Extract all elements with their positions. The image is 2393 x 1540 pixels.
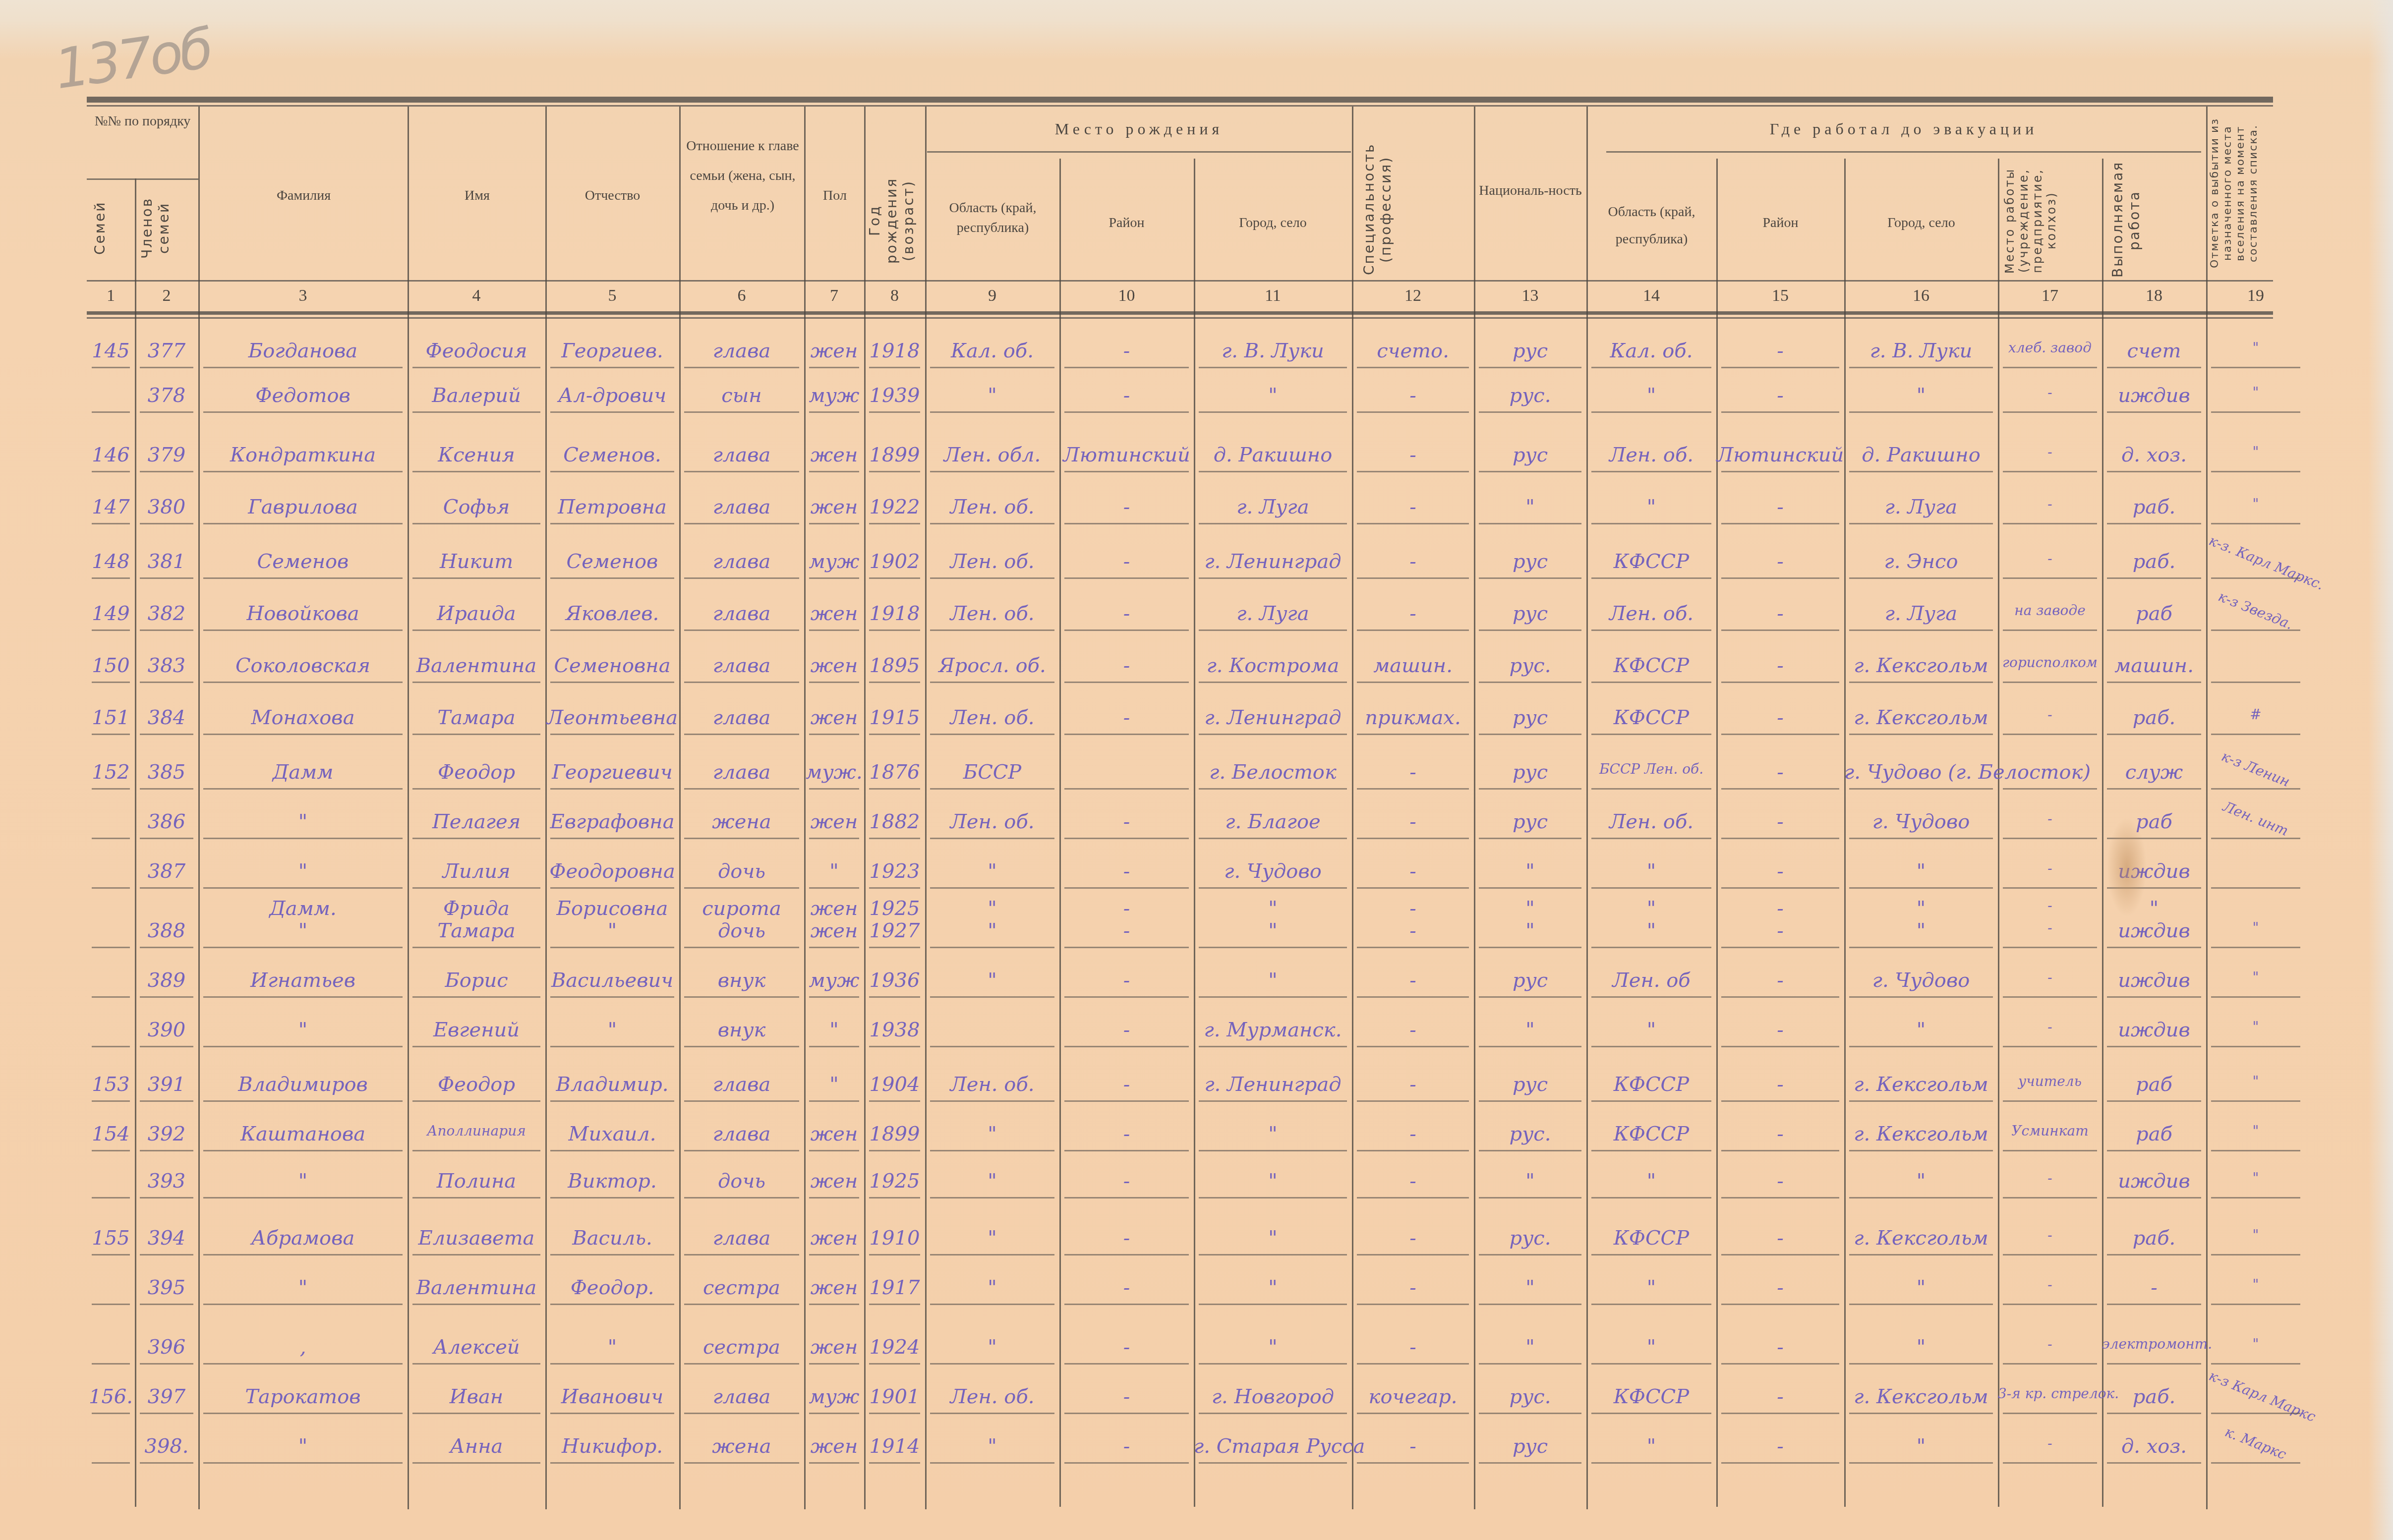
entry-underline <box>1357 629 1469 631</box>
column-number: 15 <box>1716 286 1844 305</box>
cell-b-city: г. Благое <box>1194 810 1352 833</box>
entry-underline <box>2003 367 2097 368</box>
column-number: 10 <box>1059 286 1194 305</box>
cell-surname: Кондраткина <box>198 444 408 466</box>
cell-patronymic: Семенов. <box>545 444 679 466</box>
cell-b-region: Лен. об. <box>925 810 1059 833</box>
entry-underline <box>412 788 540 790</box>
cell-b-city: г. Луга <box>1194 602 1352 625</box>
entry-underline <box>92 1413 130 1414</box>
entry-underline <box>1721 629 1839 631</box>
entry-underline <box>412 996 540 998</box>
entry-underline <box>2211 471 2300 472</box>
cell-profession: - <box>1352 496 1474 518</box>
entry-underline <box>869 1413 920 1414</box>
entry-underline <box>203 947 403 948</box>
entry-underline <box>1064 1046 1189 1047</box>
entry-underline <box>2211 1462 2300 1464</box>
cell-b-region: Лен. обл. <box>925 444 1059 466</box>
entry-underline <box>684 1150 799 1151</box>
cell-member: 397 <box>135 1385 198 1408</box>
entry-underline <box>1479 1197 1581 1198</box>
cell-nationality: рус <box>1474 1435 1586 1458</box>
cell-surname: , <box>198 1336 408 1359</box>
entry-underline <box>92 1150 130 1151</box>
entry-underline <box>412 1304 540 1305</box>
entry-underline <box>869 1197 920 1198</box>
entry-underline <box>203 996 403 998</box>
entry-underline <box>412 523 540 524</box>
cell-b-city: " <box>1194 1227 1352 1250</box>
entry-underline <box>1849 629 1993 631</box>
entry-underline <box>684 734 799 735</box>
cell-surname: Тарокатов <box>198 1385 408 1408</box>
cell-w-district: - <box>1716 1073 1844 1096</box>
cell-member: 390 <box>135 1019 198 1041</box>
cell-member: 378 <box>135 384 198 407</box>
cell-year: 1895 <box>864 654 925 677</box>
entry-underline <box>2003 1413 2097 1414</box>
entry-underline <box>1591 996 1711 998</box>
cell-b-city: г. Чудово <box>1194 860 1352 883</box>
cell-name: Борис <box>408 969 545 992</box>
cell-surname: Гаврилова <box>198 496 408 518</box>
cell-patronymic: Владимир. <box>545 1073 679 1096</box>
cell-profession: - <box>1352 384 1474 407</box>
cell-workplace: - <box>1998 550 2102 567</box>
entry-underline <box>1849 788 1993 790</box>
entry-underline <box>140 1197 193 1198</box>
entry-underline <box>203 682 403 683</box>
cell-job: машин. <box>2102 654 2206 677</box>
cell-w-district: - <box>1716 969 1844 992</box>
cell-name: Феодосия <box>408 340 545 362</box>
entry-underline <box>203 734 403 735</box>
entry-underline <box>1479 1046 1581 1047</box>
cell-b-district: - <box>1059 602 1194 625</box>
cell-year: 1899 <box>864 1123 925 1145</box>
entry-underline <box>2211 682 2300 683</box>
cell-member: 383 <box>135 654 198 677</box>
cell-patronymic: Василь. <box>545 1227 679 1250</box>
header-col-1: Семей <box>92 183 131 273</box>
cell-w-region: КФССР <box>1586 1385 1716 1408</box>
cell-patronymic: Евграфовна <box>545 810 679 833</box>
cell-b-city: г. Ленинград <box>1194 706 1352 729</box>
cell-profession: - <box>1352 1227 1474 1250</box>
entry-underline <box>140 1413 193 1414</box>
cell-w-city: г. Луга <box>1844 496 1998 518</box>
entry-underline <box>930 682 1054 683</box>
cell-profession: прикмах. <box>1352 706 1474 729</box>
cell-family: 145 <box>87 340 135 362</box>
entry-underline <box>930 1413 1054 1414</box>
entry-underline <box>92 471 130 472</box>
cell-name: Феодор <box>408 1073 545 1096</box>
entry-underline <box>869 1254 920 1255</box>
cell-b-city: " <box>1194 384 1352 407</box>
entry-underline <box>92 1304 130 1305</box>
cell-w-region: Лен. об. <box>1586 602 1716 625</box>
cell-w-district: - <box>1716 340 1844 362</box>
column-number: 19 <box>2206 286 2305 305</box>
cell-workplace: - <box>1998 1435 2102 1451</box>
cell-year: 1915 <box>864 706 925 729</box>
cell-b-city: г. Кострома <box>1194 654 1352 677</box>
entry-underline <box>809 577 859 579</box>
entry-underline <box>809 411 859 413</box>
cell-note: к. Маркс <box>2207 1417 2305 1470</box>
entry-underline <box>1479 1363 1581 1365</box>
cell-name: Валентина <box>408 654 545 677</box>
entry-underline <box>930 1304 1054 1305</box>
header-col-16: Город, село <box>1846 213 1997 233</box>
entry-underline <box>550 682 674 683</box>
cell-b-region: " <box>925 1435 1059 1458</box>
cell-sex: " <box>804 1019 864 1041</box>
entry-underline <box>203 1462 403 1464</box>
cell-w-city: г. Чудово <box>1844 810 1998 833</box>
entry-underline <box>1357 734 1469 735</box>
entry-underline <box>92 1046 130 1047</box>
cell-workplace: на заводе <box>1998 602 2102 619</box>
cell-year: 1904 <box>864 1073 925 1096</box>
cell-family: 154 <box>87 1123 135 1145</box>
cell-relation: жена <box>679 1435 804 1458</box>
cell-workplace: - <box>1998 969 2102 985</box>
entry-underline <box>1721 1150 1839 1151</box>
cell-workplace: Усминкат <box>1998 1123 2102 1139</box>
entry-underline <box>1479 523 1581 524</box>
entry-underline <box>1199 1197 1347 1198</box>
cell-b-district: - <box>1059 860 1194 883</box>
cell-relation: внук <box>679 1019 804 1041</box>
entry-underline <box>809 887 859 889</box>
entry-underline <box>869 411 920 413</box>
cell-sex: жен <box>804 602 864 625</box>
entry-underline <box>2003 1254 2097 1255</box>
column-number: 5 <box>545 286 679 305</box>
cell-w-city: г. Кексгольм <box>1844 1123 1998 1145</box>
entry-underline <box>550 629 674 631</box>
entry-underline <box>1591 1100 1711 1102</box>
entry-underline <box>1591 947 1711 948</box>
entry-underline <box>2211 996 2300 998</box>
cell-nationality: " <box>1474 1276 1586 1299</box>
entry-underline <box>92 1197 130 1198</box>
cell-surname: Богданова <box>198 340 408 362</box>
entry-underline <box>1064 734 1189 735</box>
entry-underline <box>1849 1100 1993 1102</box>
header-col-6: Отношение к главе семьи (жена, сын, дочь… <box>683 131 802 221</box>
entry-underline <box>1357 1413 1469 1414</box>
entry-underline <box>809 1304 859 1305</box>
entry-underline <box>809 1100 859 1102</box>
entry-underline <box>140 788 193 790</box>
entry-underline <box>1064 996 1189 998</box>
entry-underline <box>2107 1150 2201 1151</box>
entry-underline <box>2003 788 2097 790</box>
column-number: 17 <box>1998 286 2102 305</box>
cell-sex: жен <box>804 1123 864 1145</box>
cell-nationality: рус. <box>1474 1227 1586 1250</box>
entry-underline <box>2107 1363 2201 1365</box>
entry-underline <box>550 1197 674 1198</box>
entry-underline <box>92 887 130 889</box>
cell-name: Софья <box>408 496 545 518</box>
cell-year: 1925 <box>864 897 925 920</box>
cell-note: " <box>2206 969 2305 985</box>
cell-relation: глава <box>679 444 804 466</box>
entry-underline <box>2107 1462 2201 1464</box>
cell-w-district: - <box>1716 810 1844 833</box>
cell-profession: - <box>1352 550 1474 573</box>
entry-underline <box>930 523 1054 524</box>
grid-line <box>135 178 136 1507</box>
cell-name: Тамара <box>408 919 545 942</box>
entry-underline <box>684 1254 799 1255</box>
cell-b-region: " <box>925 919 1059 942</box>
cell-relation: сын <box>679 384 804 407</box>
cell-surname: Монахова <box>198 706 408 729</box>
cell-member: 385 <box>135 761 198 784</box>
entry-underline <box>930 838 1054 839</box>
cell-name: Ксения <box>408 444 545 466</box>
cell-w-region: " <box>1586 1276 1716 1299</box>
cell-note: " <box>2206 444 2305 460</box>
entry-underline <box>930 734 1054 735</box>
entry-underline <box>2107 682 2201 683</box>
entry-underline <box>930 1254 1054 1255</box>
cell-name: Евгений <box>408 1019 545 1041</box>
cell-b-city: " <box>1194 969 1352 992</box>
entry-underline <box>809 629 859 631</box>
cell-relation: внук <box>679 969 804 992</box>
cell-family: 147 <box>87 496 135 518</box>
entry-underline <box>1357 1150 1469 1151</box>
cell-year: 1914 <box>864 1435 925 1458</box>
entry-underline <box>1849 1363 1993 1365</box>
cell-year: 1936 <box>864 969 925 992</box>
cell-nationality: " <box>1474 1170 1586 1193</box>
cell-relation: глава <box>679 496 804 518</box>
entry-underline <box>1479 471 1581 472</box>
entry-underline <box>2107 471 2201 472</box>
entry-underline <box>684 1462 799 1464</box>
entry-underline <box>203 471 403 472</box>
entry-underline <box>203 788 403 790</box>
cell-b-district: Лютинский <box>1059 444 1194 466</box>
entry-underline <box>1721 1304 1839 1305</box>
entry-underline <box>1479 1150 1581 1151</box>
entry-underline <box>140 996 193 998</box>
entry-underline <box>2003 1304 2097 1305</box>
cell-b-region: " <box>925 860 1059 883</box>
cell-relation: жена <box>679 810 804 833</box>
entry-underline <box>1849 1413 1993 1414</box>
cell-member: 381 <box>135 550 198 573</box>
column-number: 9 <box>925 286 1059 305</box>
entry-underline <box>2003 1100 2097 1102</box>
entry-underline <box>412 1363 540 1365</box>
cell-w-district: - <box>1716 706 1844 729</box>
header-col-7: Пол <box>806 186 864 206</box>
cell-nationality: рус. <box>1474 1123 1586 1145</box>
entry-underline <box>809 996 859 998</box>
entry-underline <box>2003 734 2097 735</box>
column-number: 8 <box>864 286 925 305</box>
entry-underline <box>550 1046 674 1047</box>
column-number: 3 <box>198 286 408 305</box>
cell-b-region: " <box>925 897 1059 920</box>
entry-underline <box>140 947 193 948</box>
entry-underline <box>869 1100 920 1102</box>
entry-underline <box>1357 947 1469 948</box>
entry-underline <box>1591 523 1711 524</box>
entry-underline <box>1591 788 1711 790</box>
entry-underline <box>684 682 799 683</box>
entry-underline <box>2211 887 2300 889</box>
entry-underline <box>869 996 920 998</box>
entry-underline <box>1479 411 1581 413</box>
entry-underline <box>2107 1254 2201 1255</box>
entry-underline <box>684 996 799 998</box>
cell-sex: жен <box>804 340 864 362</box>
cell-b-city: г. Старая Русса <box>1194 1435 1352 1458</box>
cell-w-district: - <box>1716 860 1844 883</box>
entry-underline <box>412 411 540 413</box>
entry-underline <box>140 1254 193 1255</box>
entry-underline <box>2211 1046 2300 1047</box>
entry-underline <box>1357 411 1469 413</box>
cell-w-region: " <box>1586 384 1716 407</box>
cell-relation: глава <box>679 761 804 784</box>
cell-w-city: " <box>1844 1435 1998 1458</box>
header-birthplace-group: Место рождения <box>927 119 1351 139</box>
entry-underline <box>412 1462 540 1464</box>
cell-name: Ираида <box>408 602 545 625</box>
entry-underline <box>684 1304 799 1305</box>
cell-relation: глава <box>679 550 804 573</box>
entry-underline <box>1479 947 1581 948</box>
cell-sex: жен <box>804 897 864 920</box>
entry-underline <box>930 1046 1054 1047</box>
cell-patronymic: Феодор. <box>545 1276 679 1299</box>
cell-profession: - <box>1352 1435 1474 1458</box>
entry-underline <box>1064 629 1189 631</box>
cell-year: 1876 <box>864 761 925 784</box>
cell-member: 377 <box>135 340 198 362</box>
header-col-9: Область (край, республика) <box>927 198 1058 238</box>
entry-underline <box>1591 411 1711 413</box>
entry-underline <box>2211 1197 2300 1198</box>
cell-b-city: г. Луга <box>1194 496 1352 518</box>
cell-name: Пелагея <box>408 810 545 833</box>
entry-underline <box>809 1197 859 1198</box>
cell-patronymic: Васильевич <box>545 969 679 992</box>
cell-w-region: КФССР <box>1586 550 1716 573</box>
entry-underline <box>412 1197 540 1198</box>
entry-underline <box>1199 1462 1347 1464</box>
entry-underline <box>1064 947 1189 948</box>
entry-underline <box>2211 1254 2300 1255</box>
header-col-4: Имя <box>409 186 545 206</box>
cell-profession: - <box>1352 1170 1474 1193</box>
entry-underline <box>1479 1413 1581 1414</box>
cell-b-region: " <box>925 1123 1059 1145</box>
cell-b-district: - <box>1059 1019 1194 1041</box>
cell-surname: " <box>198 860 408 883</box>
cell-w-district: - <box>1716 897 1844 920</box>
cell-workplace: - <box>1998 860 2102 876</box>
entry-underline <box>1591 682 1711 683</box>
cell-profession: - <box>1352 1336 1474 1359</box>
cell-b-city: " <box>1194 1336 1352 1359</box>
cell-workplace: учитель <box>1998 1073 2102 1089</box>
cell-family: 148 <box>87 550 135 573</box>
entry-underline <box>684 471 799 472</box>
entry-underline <box>1721 1197 1839 1198</box>
cell-surname: Федотов <box>198 384 408 407</box>
paper-stain <box>2107 818 2147 917</box>
entry-underline <box>1849 996 1993 998</box>
entry-underline <box>1591 1150 1711 1151</box>
cell-nationality: рус <box>1474 602 1586 625</box>
entry-underline <box>1591 887 1711 889</box>
entry-underline <box>92 996 130 998</box>
column-number: 4 <box>408 286 545 305</box>
cell-member: 380 <box>135 496 198 518</box>
cell-nationality: " <box>1474 919 1586 942</box>
entry-underline <box>1479 1254 1581 1255</box>
entry-underline <box>1357 1304 1469 1305</box>
entry-underline <box>684 1046 799 1047</box>
entry-underline <box>1357 577 1469 579</box>
entry-underline <box>2107 523 2201 524</box>
cell-b-region: Лен. об. <box>925 496 1059 518</box>
entry-underline <box>1479 1100 1581 1102</box>
entry-underline <box>1357 1046 1469 1047</box>
cell-job: иждив <box>2102 384 2206 407</box>
cell-w-city: г. В. Луки <box>1844 340 1998 362</box>
cell-w-region: БССР Лен. об. <box>1586 761 1716 777</box>
entry-underline <box>809 1462 859 1464</box>
entry-underline <box>1721 577 1839 579</box>
column-number-thin-rule <box>87 317 2273 319</box>
cell-nationality: " <box>1474 1336 1586 1359</box>
entry-underline <box>203 1254 403 1255</box>
cell-surname: Соколовская <box>198 654 408 677</box>
cell-sex: муж. <box>804 761 864 784</box>
cell-nationality: рус <box>1474 969 1586 992</box>
entry-underline <box>1721 996 1839 998</box>
entry-underline <box>1199 629 1347 631</box>
cell-nationality: рус <box>1474 761 1586 784</box>
entry-underline <box>684 523 799 524</box>
entry-underline <box>92 734 130 735</box>
cell-family: 150 <box>87 654 135 677</box>
cell-relation: глава <box>679 1073 804 1096</box>
entry-underline <box>809 523 859 524</box>
entry-underline <box>1849 947 1993 948</box>
cell-note: " <box>2206 1123 2305 1139</box>
cell-profession: - <box>1352 444 1474 466</box>
cell-nationality: рус <box>1474 1073 1586 1096</box>
entry-underline <box>1064 1413 1189 1414</box>
cell-relation: глава <box>679 1385 804 1408</box>
cell-surname: Семенов <box>198 550 408 573</box>
entry-underline <box>140 1363 193 1365</box>
